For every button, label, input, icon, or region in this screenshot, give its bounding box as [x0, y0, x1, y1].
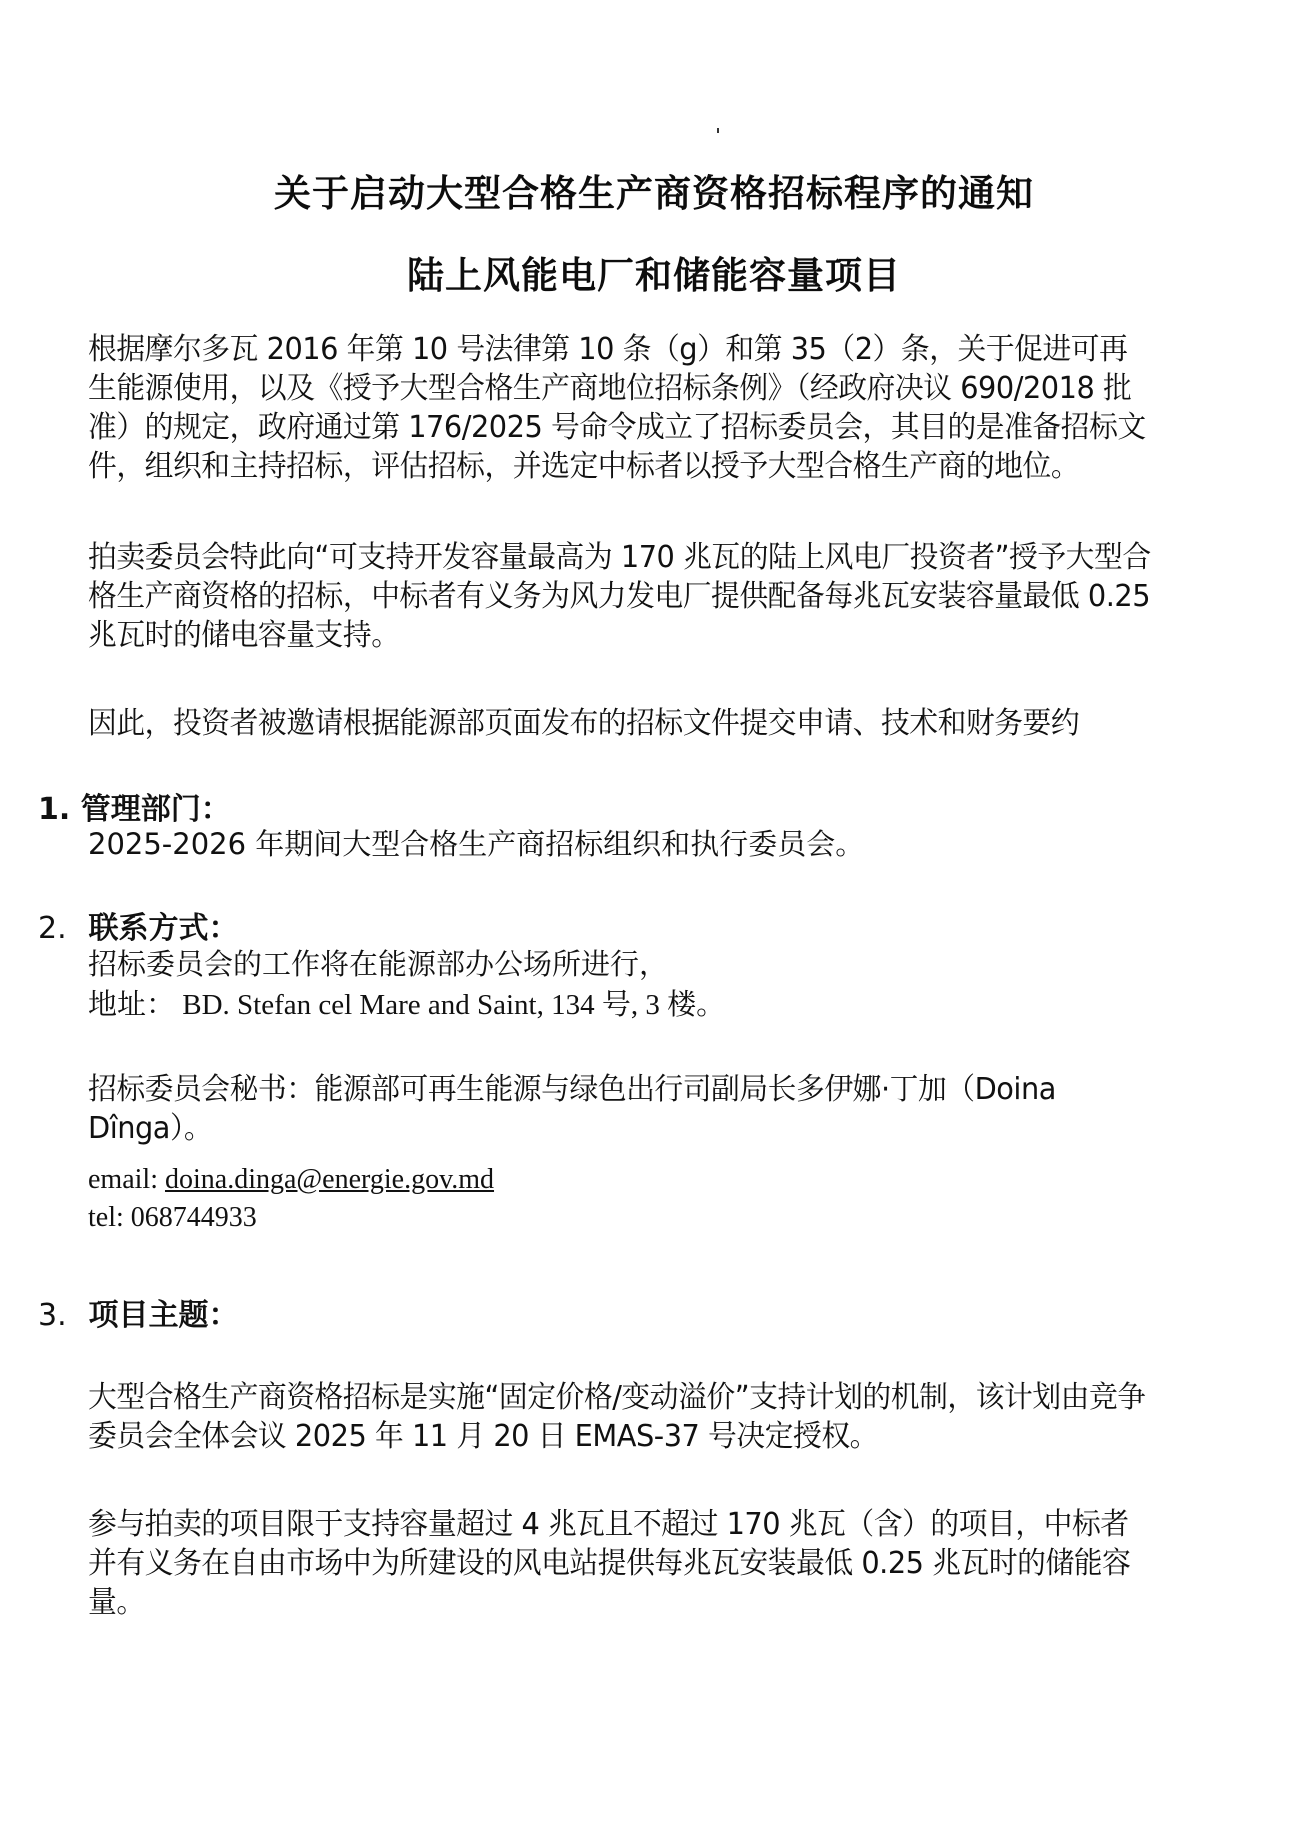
- section-2-heading: 2. 联系方式：: [38, 903, 238, 947]
- tel-label: tel:: [88, 1202, 124, 1233]
- document-title: 关于启动大型合格生产商资格招标程序的通知: [0, 163, 1308, 217]
- section-2-title: 联系方式：: [88, 911, 238, 946]
- section-2-number: 2.: [38, 911, 78, 946]
- section-1-number: 1.: [38, 792, 70, 827]
- section-2-email-line: email: doina.dinga@energie.gov.md: [88, 1164, 494, 1196]
- document-subtitle: 陆上风能电厂和储能容量项目: [0, 245, 1308, 299]
- section-2-address: 地址： BD. Stefan cel Mare and Saint, 134 号…: [88, 982, 725, 1023]
- section-3-heading: 3. 项目主题：: [38, 1290, 238, 1334]
- tel-number: 068744933: [131, 1202, 257, 1233]
- section-2-secretary: 招标委员会秘书：能源部可再生能源与绿色出行司副局长多伊娜·丁加（Doina Dî…: [88, 1070, 1144, 1148]
- intro-paragraph-invitation: 因此，投资者被邀请根据能源部页面发布的招标文件提交申请、技术和财务要约: [88, 704, 1154, 743]
- section-2-tel-line: tel: 068744933: [88, 1202, 257, 1234]
- section-2-location: 招标委员会的工作将在能源部办公场所进行，: [88, 942, 668, 983]
- section-3-paragraph-eligibility: 参与拍卖的项目限于支持容量超过 4 兆瓦且不超过 170 兆瓦（含）的项目，中标…: [88, 1505, 1154, 1622]
- email-link[interactable]: doina.dinga@energie.gov.md: [165, 1164, 494, 1195]
- section-1-body: 2025-2026 年期间大型合格生产商招标组织和执行委员会。: [88, 822, 864, 863]
- section-3-number: 3.: [38, 1298, 78, 1333]
- email-label: email:: [88, 1164, 158, 1195]
- intro-paragraph-auction: 拍卖委员会特此向“可支持开发容量最高为 170 兆瓦的陆上风电厂投资者”授予大型…: [88, 538, 1154, 655]
- section-3-title: 项目主题：: [88, 1298, 238, 1333]
- section-3-paragraph-mechanism: 大型合格生产商资格招标是实施“固定价格/变动溢价”支持计划的机制，该计划由竞争委…: [88, 1378, 1154, 1456]
- intro-paragraph-legal-basis: 根据摩尔多瓦 2016 年第 10 号法律第 10 条（g）和第 35（2）条，…: [88, 330, 1154, 486]
- document-page: 关于启动大型合格生产商资格招标程序的通知 陆上风能电厂和储能容量项目 根据摩尔多…: [0, 0, 1308, 1828]
- scan-artifact: [717, 128, 719, 133]
